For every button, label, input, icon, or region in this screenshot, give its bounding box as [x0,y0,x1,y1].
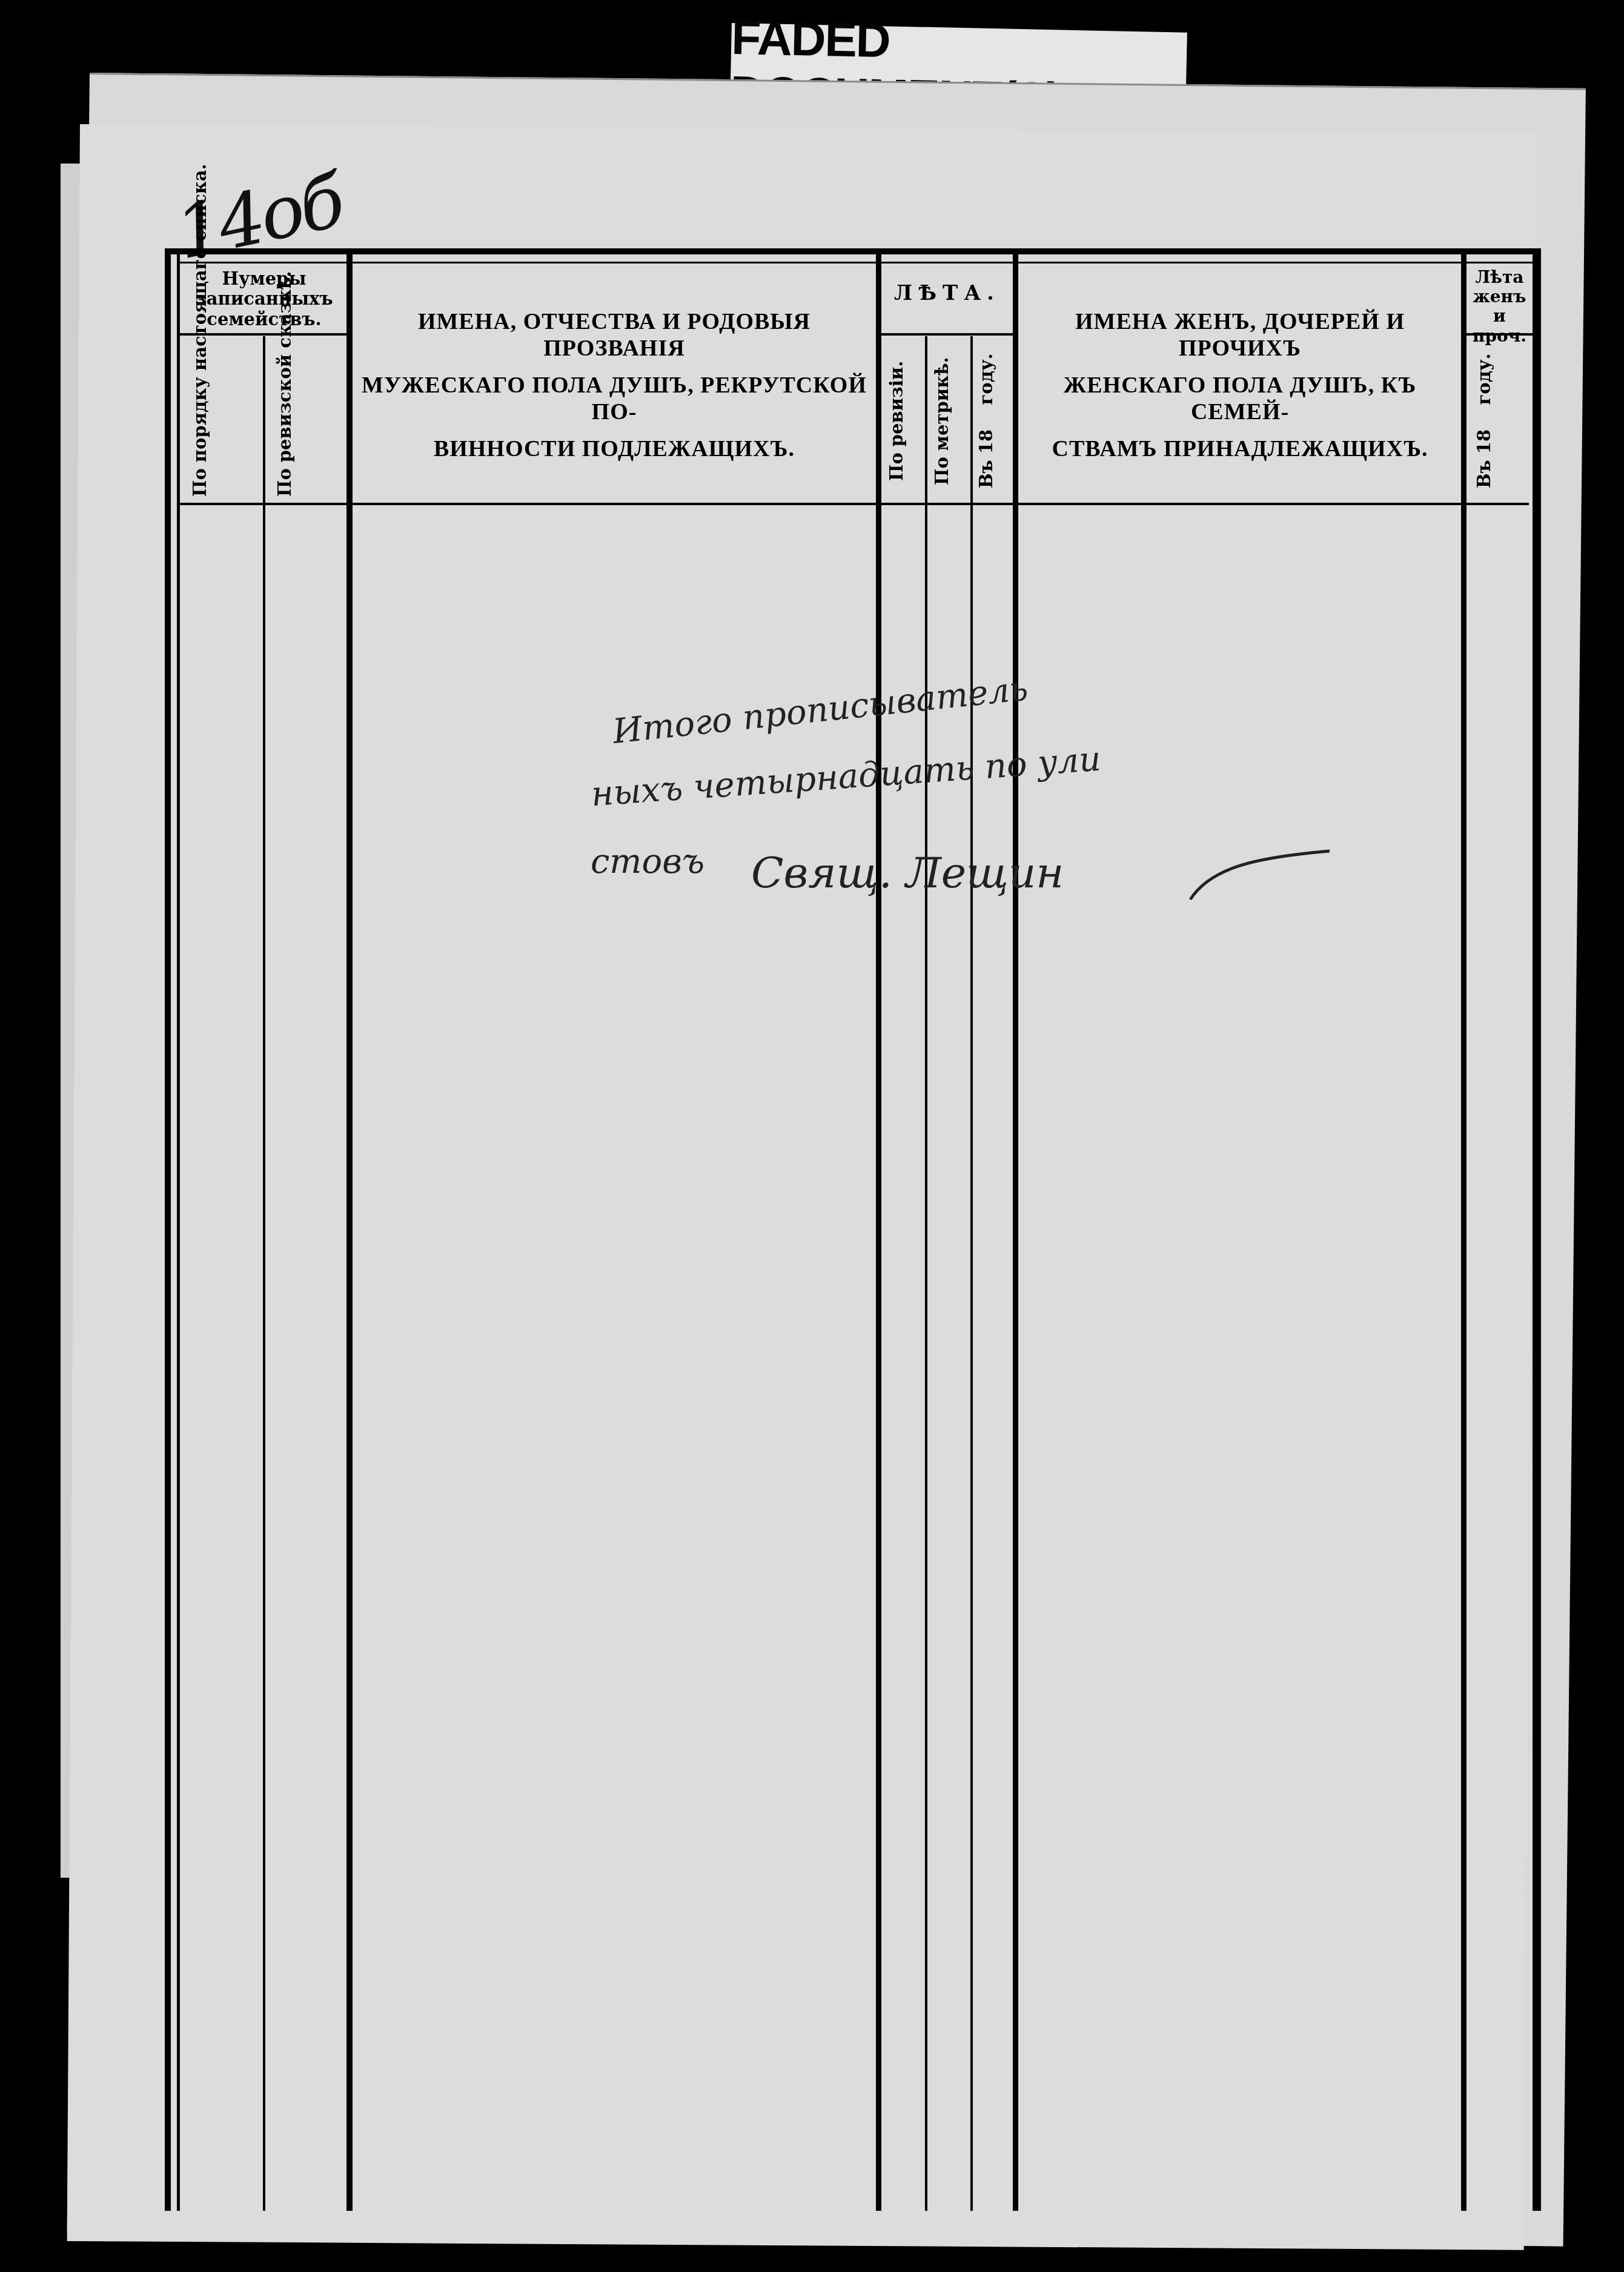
handwritten-note-line-3: стовъ [591,842,704,881]
col-sep-revision [925,336,927,2211]
header-in-year-male: Въ 18 году. [975,345,1012,497]
header-male-line-3: ВИННОСТИ ПОДЛЕЖАЩИХЪ. [353,436,876,463]
ages-subrule [880,333,1016,336]
header-family-numbers-text: Нумеры записанныхъ семействъ. [195,268,333,330]
header-revision-tale: По ревизской сказкѣ. [274,345,340,497]
header-by-metrics: По метрикѣ. [931,345,967,497]
col-sep-right [1533,254,1537,2211]
table-inner-top-border [177,262,1535,263]
header-current-list: По порядку настоящаго списка. [189,345,256,497]
col-sep-female-ages [1461,254,1467,2211]
census-table: Нумеры записанныхъ семействъ. По порядку… [165,248,1541,2211]
female-ages-line-2: женъ и [1467,287,1533,326]
col-sep-metrics [970,336,973,2211]
header-male-line-1: ИМЕНА, ОТЧЕСТВА И РОДОВЫЯ ПРОЗВАНІЯ [353,309,876,362]
col-sep-male-names [346,254,353,2211]
table-inner-left-border [177,254,180,2211]
header-female-ages: Лѣта женъ и проч. [1467,268,1533,346]
header-ages: ЛѢТА. [881,282,1013,305]
header-female-line-2: ЖЕНСКАГО ПОЛА ДУШЪ, КЪ СЕМЕЙ- [1019,373,1461,425]
signature-flourish-icon [1187,842,1333,909]
header-bottom-rule [177,503,1529,505]
signature: Свящ. Лещин [751,848,1064,898]
col-sep-female-names [1013,254,1018,2211]
header-by-revision: По ревизіи. [886,345,922,497]
header-female-line-1: ИМЕНА ЖЕНЪ, ДОЧЕРЕЙ И ПРОЧИХЪ [1019,309,1461,362]
header-male-line-2: МУЖЕСКАГО ПОЛА ДУШЪ, РЕКРУТСКОЙ ПО- [353,373,876,425]
female-ages-line-3: проч. [1467,326,1533,346]
col-sep-ages-left [876,254,881,2211]
header-in-year-female: Въ 18 году. [1473,345,1528,497]
female-ages-line-1: Лѣта [1467,268,1533,287]
col-sep-family-numbers [263,336,265,2211]
header-female-line-3: СТВАМЪ ПРИНАДЛЕЖАЩИХЪ. [1019,436,1461,463]
